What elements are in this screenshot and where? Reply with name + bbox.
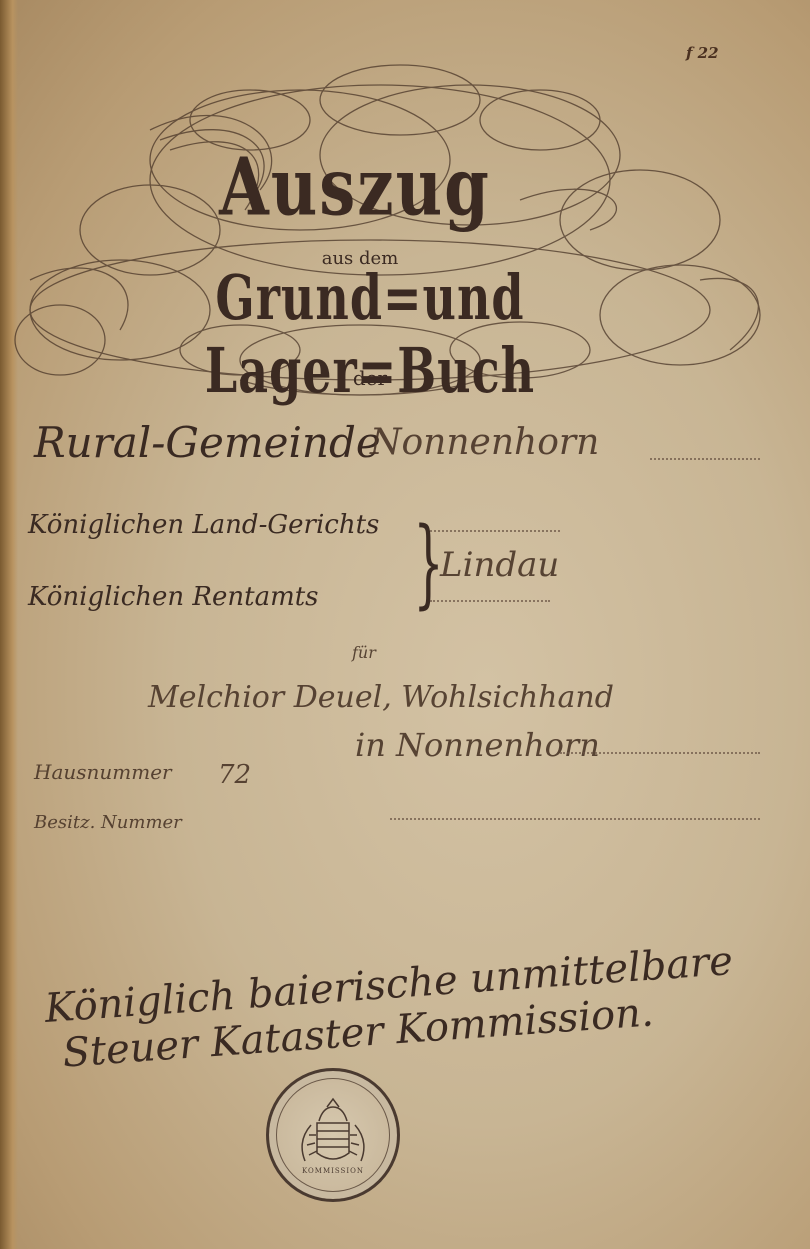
gemeinde-label: Rural-Gemeinde [34, 418, 381, 467]
ort-value: in Nonnenhorn [355, 726, 600, 764]
gemeinde-value: Nonnenhorn [370, 422, 599, 463]
dotted-line [650, 458, 760, 460]
official-seal: KOMMISSION [266, 1068, 400, 1202]
dotted-line [560, 752, 760, 754]
landgericht-label: Königlichen Land-Gerichts [28, 510, 379, 540]
heading-der: der [330, 366, 410, 390]
seal-text: KOMMISSION [269, 1167, 397, 1175]
bavarian-coat-of-arms-icon [269, 1071, 397, 1199]
owner-value: Melchior Deuel, Wohlsichhand [148, 680, 614, 715]
dotted-line [390, 818, 760, 820]
fuer-label: für [352, 643, 376, 662]
dotted-line [430, 530, 560, 532]
dotted-line [430, 600, 550, 602]
hausnummer-value: 72 [218, 760, 251, 790]
rentamt-label: Königlichen Rentamts [28, 582, 319, 612]
heading-auszug: Auszug [200, 141, 510, 235]
district-value: Lindau [440, 545, 559, 585]
document-page: f 22 Auszug aus dem Grund=und Lager=Buch… [0, 0, 810, 1249]
besitz-label: Besitz. Nummer [34, 812, 182, 833]
hausnummer-label: Hausnummer [34, 760, 172, 784]
